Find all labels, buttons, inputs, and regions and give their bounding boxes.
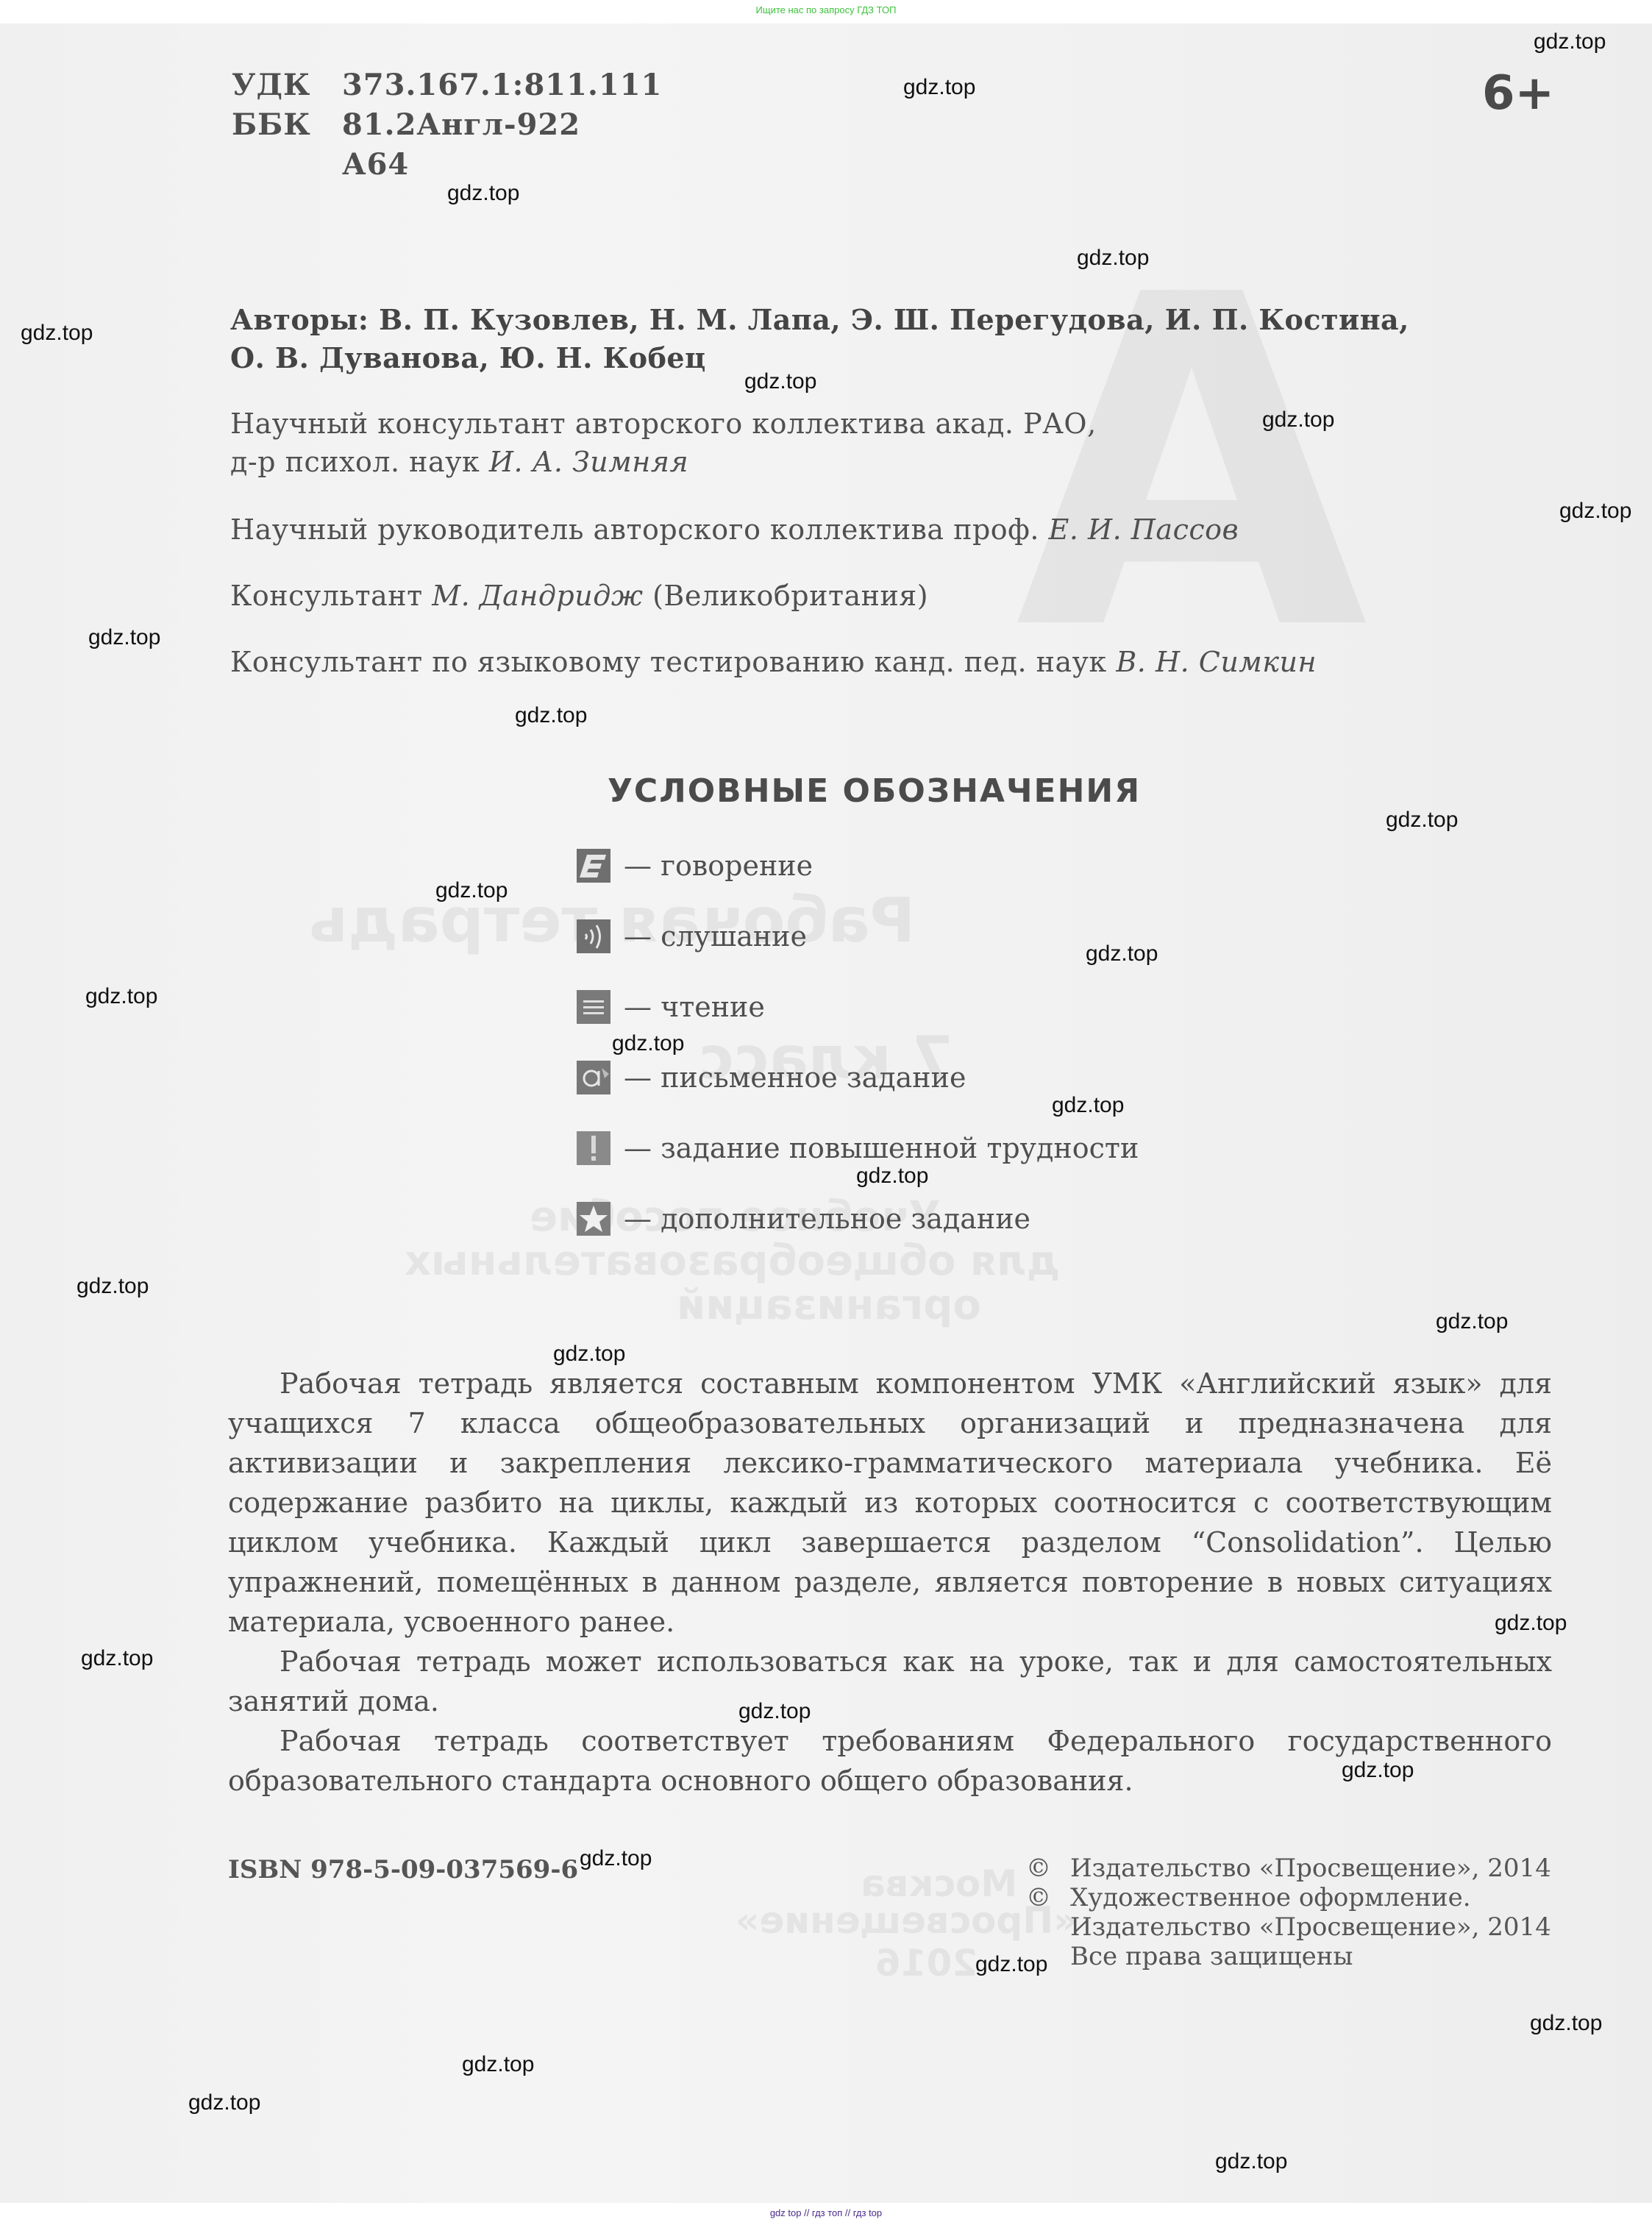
scientific-head-name: Е. И. Пассов: [1049, 513, 1239, 546]
watermark: gdz.top: [81, 1646, 153, 1671]
copyright-design: Художественное оформление.: [1070, 1883, 1471, 1912]
author-mark: А64: [342, 147, 409, 182]
authors-line-2: О. В. Дуванова, Ю. Н. Кобец: [230, 341, 706, 374]
book-page: А Рабочая тетрадь 7 класс Учебное пособи…: [0, 24, 1652, 2203]
bottom-banner-text: gdz top // гдз топ // гдз top: [770, 2207, 882, 2218]
watermark: gdz.top: [1052, 1093, 1124, 1118]
watermark: gdz.top: [1386, 808, 1458, 833]
watermark: gdz.top: [903, 75, 975, 100]
watermark: gdz.top: [188, 2090, 260, 2115]
bottom-banner: gdz top // гдз топ // гдз top: [0, 2203, 1652, 2225]
watermark: gdz.top: [553, 1342, 625, 1367]
watermark: gdz.top: [1436, 1309, 1508, 1334]
bbk-row: ББК81.2Англ-922: [232, 107, 580, 142]
watermark: gdz.top: [21, 321, 93, 346]
copyright-block: ©Издательство «Просвещение», 2014 ©Худож…: [1026, 1854, 1551, 1971]
watermark: gdz.top: [1342, 1758, 1414, 1783]
testing-consultant-line: Консультант по языковому тестированию ка…: [230, 646, 1317, 678]
description: Рабочая тетрадь является составным компо…: [228, 1364, 1552, 1801]
legend-item-difficult: — задание повышенной трудности: [577, 1131, 1139, 1165]
watermark: gdz.top: [1262, 407, 1334, 432]
show-through-subtitle3: организаций: [677, 1281, 981, 1329]
watermark: gdz.top: [612, 1031, 684, 1056]
star-icon: [577, 1202, 610, 1236]
scientific-consultant-line-1: Научный консультант авторского коллектив…: [230, 407, 1097, 440]
legend-item-additional: — дополнительное задание: [577, 1202, 1030, 1236]
legend-item-listening: — слушание: [577, 919, 807, 953]
legend-title: УСЛОВНЫЕ ОБОЗНАЧЕНИЯ: [608, 772, 1141, 810]
speaking-icon: [577, 849, 610, 883]
scientific-head-title: Научный руководитель авторского коллекти…: [230, 513, 1049, 546]
consultant-line: Консультант М. Дандридж (Великобритания): [230, 580, 928, 612]
legend-item-reading: — чтение: [577, 990, 765, 1024]
show-through-subtitle2: для общеобразовательных: [405, 1237, 1060, 1285]
watermark: gdz.top: [1215, 2149, 1287, 2174]
legend-item-writing: — письменное задание: [577, 1061, 966, 1094]
copyright-design-publisher: Издательство «Просвещение», 2014: [1070, 1912, 1551, 1942]
consultant-title: Консультант: [230, 580, 432, 612]
watermark: gdz.top: [975, 1952, 1047, 1977]
legend-label-writing: — письменное задание: [624, 1061, 966, 1094]
consultant-country: (Великобритания): [644, 580, 929, 612]
copyright-symbol-1: ©: [1026, 1854, 1070, 1883]
watermark: gdz.top: [744, 369, 816, 394]
authors-line-1: Авторы: В. П. Кузовлев, Н. М. Лапа, Э. Ш…: [230, 303, 1409, 336]
udk-row: УДК373.167.1:811.111: [232, 68, 662, 102]
scientific-consultant-line-2: д-р психол. наук И. А. Зимняя: [230, 446, 688, 478]
copyright-publisher: Издательство «Просвещение», 2014: [1070, 1854, 1551, 1883]
legend-label-difficult: — задание повышенной трудности: [624, 1132, 1139, 1164]
watermark: gdz.top: [462, 2052, 534, 2077]
watermark: gdz.top: [856, 1164, 928, 1189]
watermark: gdz.top: [85, 984, 157, 1009]
description-paragraph-1: Рабочая тетрадь является составным компо…: [228, 1364, 1552, 1642]
watermark: gdz.top: [447, 181, 519, 206]
scientific-consultant-name: И. А. Зимняя: [489, 446, 688, 478]
watermark: gdz.top: [1534, 29, 1606, 54]
watermark: gdz.top: [1530, 2011, 1602, 2036]
watermark: gdz.top: [435, 878, 508, 903]
rights-reserved: Все права защищены: [1070, 1942, 1353, 1971]
exclamation-icon: [577, 1131, 610, 1165]
age-rating-badge: 6+: [1482, 66, 1554, 121]
writing-icon: [577, 1061, 610, 1094]
scientific-head-line: Научный руководитель авторского коллекти…: [230, 513, 1239, 546]
listening-icon: [577, 919, 610, 953]
legend-label-speaking: — говорение: [624, 850, 813, 882]
scientific-consultant-degree: д-р психол. наук: [230, 446, 489, 478]
watermark: gdz.top: [1077, 246, 1149, 271]
top-banner: Ищите нас по запросу ГДЗ ТОП: [0, 0, 1652, 24]
bbk-label: ББК: [232, 107, 342, 142]
copyright-symbol-2: ©: [1026, 1883, 1070, 1912]
testing-consultant-title: Консультант по языковому тестированию ка…: [230, 646, 1116, 678]
reading-icon: [577, 990, 610, 1024]
watermark: gdz.top: [738, 1699, 811, 1724]
top-banner-text: Ищите нас по запросу ГДЗ ТОП: [756, 4, 897, 15]
description-paragraph-2: Рабочая тетрадь может использоваться как…: [228, 1642, 1552, 1721]
isbn: ISBN 978-5-09-037569-6: [228, 1855, 578, 1884]
udk-value: 373.167.1:811.111: [342, 68, 662, 102]
testing-consultant-name: В. Н. Симкин: [1116, 646, 1317, 678]
watermark: gdz.top: [76, 1274, 149, 1299]
consultant-name: М. Дандридж: [432, 580, 643, 612]
legend-item-speaking: — говорение: [577, 849, 813, 883]
watermark: gdz.top: [1086, 941, 1158, 966]
watermark: gdz.top: [1495, 1611, 1567, 1636]
watermark: gdz.top: [88, 625, 160, 650]
watermark: gdz.top: [1559, 499, 1631, 524]
bbk-value: 81.2Англ-922: [342, 107, 580, 142]
legend-label-reading: — чтение: [624, 991, 765, 1023]
watermark: gdz.top: [580, 1846, 652, 1871]
watermark: gdz.top: [515, 703, 587, 728]
show-through-year: 2016: [875, 1942, 978, 1984]
udk-label: УДК: [232, 68, 342, 102]
legend-label-additional: — дополнительное задание: [624, 1203, 1030, 1235]
legend-label-listening: — слушание: [624, 920, 807, 953]
